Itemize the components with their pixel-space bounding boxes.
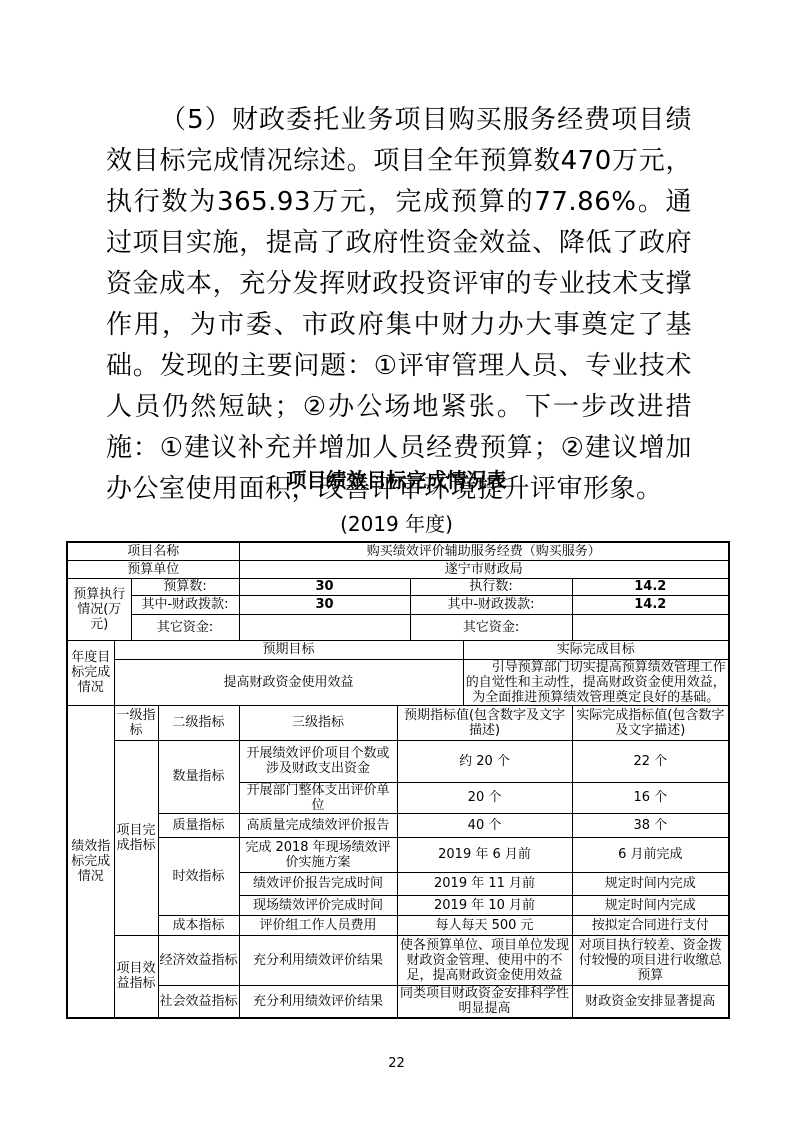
project-name-label: 项目名称 bbox=[67, 542, 239, 560]
document-page: （5）财政委托业务项目购买服务经费项目绩效目标完成情况综述。项目全年预算数470… bbox=[0, 0, 793, 1122]
other-left-label: 其它资金: bbox=[131, 614, 239, 640]
actual-cell: 16 个 bbox=[572, 782, 729, 813]
level3-cell: 评价组工作人员费用 bbox=[239, 915, 397, 935]
table-row: 其中-财政拨款: 30 其中-财政拨款: 14.2 bbox=[67, 595, 729, 614]
table-row: 预算单位 遂宁市财政局 bbox=[67, 560, 729, 578]
expected-cell: 每人每天 500 元 bbox=[397, 915, 572, 935]
expected-cell: 2019 年 10 月前 bbox=[397, 895, 572, 915]
annual-goal-section-label: 年度目标完成情况 bbox=[67, 640, 114, 705]
level2-quality: 质量指标 bbox=[158, 813, 239, 837]
table-row: 项目完成指标 数量指标 开展绩效评价项目个数或涉及财政支出资金 约 20 个 2… bbox=[67, 740, 729, 782]
level2-timeliness: 时效指标 bbox=[158, 837, 239, 915]
group-label-benefit: 项目效益指标 bbox=[114, 935, 158, 1018]
table-subtitle: (2019 年度) bbox=[0, 508, 793, 537]
level2-economic: 经济效益指标 bbox=[158, 935, 239, 985]
fiscal-right-value: 14.2 bbox=[572, 595, 729, 614]
level3-cell: 完成 2018 年现场绩效评价实施方案 bbox=[239, 837, 397, 872]
level3-cell: 开展部门整体支出评价单位 bbox=[239, 782, 397, 813]
actual-cell: 22 个 bbox=[572, 740, 729, 782]
table-row: 预算执行情况(万元) 预算数: 30 执行数: 14.2 bbox=[67, 578, 729, 595]
actual-goal-header: 实际完成目标 bbox=[463, 640, 729, 659]
level3-cell: 绩效评价报告完成时间 bbox=[239, 872, 397, 895]
expected-cell: 约 20 个 bbox=[397, 740, 572, 782]
col-header-expected: 预期指标值(包含数字及文字描述) bbox=[397, 705, 572, 740]
project-name-value: 购买绩效评价辅助服务经费（购买服务） bbox=[239, 542, 729, 560]
table-row: 提高财政资金使用效益 引导预算部门切实提高预算绩效管理工作的自觉性和主动性，提高… bbox=[67, 659, 729, 705]
actual-cell: 38 个 bbox=[572, 813, 729, 837]
performance-table: 项目名称 购买绩效评价辅助服务经费（购买服务） 预算单位 遂宁市财政局 预算执行… bbox=[66, 541, 730, 1019]
planned-label: 预算数: bbox=[131, 578, 239, 595]
actual-cell: 规定时间内完成 bbox=[572, 895, 729, 915]
actual-goal-text: 引导预算部门切实提高预算绩效管理工作的自觉性和主动性，提高财政资金使用效益，为全… bbox=[463, 659, 729, 705]
col-header-level2: 二级指标 bbox=[158, 705, 239, 740]
table-row: 项目名称 购买绩效评价辅助服务经费（购买服务） bbox=[67, 542, 729, 560]
expected-cell: 2019 年 11 月前 bbox=[397, 872, 572, 895]
expected-cell: 2019 年 6 月前 bbox=[397, 837, 572, 872]
budget-section-label: 预算执行情况(万元) bbox=[67, 578, 131, 640]
page-number: 22 bbox=[0, 1056, 793, 1071]
actual-cell: 规定时间内完成 bbox=[572, 872, 729, 895]
expected-cell: 40 个 bbox=[397, 813, 572, 837]
table-row: 时效指标 完成 2018 年现场绩效评价实施方案 2019 年 6 月前 6 月… bbox=[67, 837, 729, 872]
budget-unit-label: 预算单位 bbox=[67, 560, 239, 578]
table-title: 项目绩效目标完成情况表 bbox=[0, 464, 793, 493]
table-row: 绩效指标完成情况 一级指标 二级指标 三级指标 预期指标值(包含数字及文字描述)… bbox=[67, 705, 729, 740]
fiscal-right-label: 其中-财政拨款: bbox=[410, 595, 572, 614]
actual-cell: 6 月前完成 bbox=[572, 837, 729, 872]
table-row: 社会效益指标 充分利用绩效评价结果 同类项目财政资金安排科学性明显提高 财政资金… bbox=[67, 985, 729, 1018]
table-row: 质量指标 高质量完成绩效评价报告 40 个 38 个 bbox=[67, 813, 729, 837]
fiscal-left-label: 其中-财政拨款: bbox=[131, 595, 239, 614]
col-header-level1: 一级指标 bbox=[114, 705, 158, 740]
fiscal-left-value: 30 bbox=[239, 595, 410, 614]
other-left-value bbox=[239, 614, 410, 640]
actual-cell: 财政资金安排显著提高 bbox=[572, 985, 729, 1018]
executed-label: 执行数: bbox=[410, 578, 572, 595]
expected-cell: 同类项目财政资金安排科学性明显提高 bbox=[397, 985, 572, 1018]
level3-cell: 充分利用绩效评价结果 bbox=[239, 935, 397, 985]
other-right-value bbox=[572, 614, 729, 640]
indicators-section-label: 绩效指标完成情况 bbox=[67, 705, 114, 1018]
level2-quantity: 数量指标 bbox=[158, 740, 239, 813]
expected-cell: 20 个 bbox=[397, 782, 572, 813]
group-label-completion: 项目完成指标 bbox=[114, 740, 158, 935]
planned-value: 30 bbox=[239, 578, 410, 595]
budget-unit-value: 遂宁市财政局 bbox=[239, 560, 729, 578]
actual-cell: 对项目执行较差、资金拨付较慢的项目进行收缴总预算 bbox=[572, 935, 729, 985]
table-row: 年度目标完成情况 预期目标 实际完成目标 bbox=[67, 640, 729, 659]
expected-goal-header: 预期目标 bbox=[114, 640, 463, 659]
level3-cell: 高质量完成绩效评价报告 bbox=[239, 813, 397, 837]
other-right-label: 其它资金: bbox=[410, 614, 572, 640]
col-header-level3: 三级指标 bbox=[239, 705, 397, 740]
actual-cell: 按拟定合同进行支付 bbox=[572, 915, 729, 935]
table-row: 项目效益指标 经济效益指标 充分利用绩效评价结果 使各预算单位、项目单位发现财政… bbox=[67, 935, 729, 985]
table-row: 成本指标 评价组工作人员费用 每人每天 500 元 按拟定合同进行支付 bbox=[67, 915, 729, 935]
level3-cell: 开展绩效评价项目个数或涉及财政支出资金 bbox=[239, 740, 397, 782]
table-row: 其它资金: 其它资金: bbox=[67, 614, 729, 640]
expected-goal-text: 提高财政资金使用效益 bbox=[114, 659, 463, 705]
level2-cost: 成本指标 bbox=[158, 915, 239, 935]
summary-paragraph: （5）财政委托业务项目购买服务经费项目绩效目标完成情况综述。项目全年预算数470… bbox=[106, 100, 692, 510]
col-header-actual: 实际完成指标值(包含数字及文字描述) bbox=[572, 705, 729, 740]
executed-value: 14.2 bbox=[572, 578, 729, 595]
level2-social: 社会效益指标 bbox=[158, 985, 239, 1018]
expected-cell: 使各预算单位、项目单位发现财政资金管理、使用中的不足，提高财政资金使用效益 bbox=[397, 935, 572, 985]
level3-cell: 充分利用绩效评价结果 bbox=[239, 985, 397, 1018]
level3-cell: 现场绩效评价完成时间 bbox=[239, 895, 397, 915]
